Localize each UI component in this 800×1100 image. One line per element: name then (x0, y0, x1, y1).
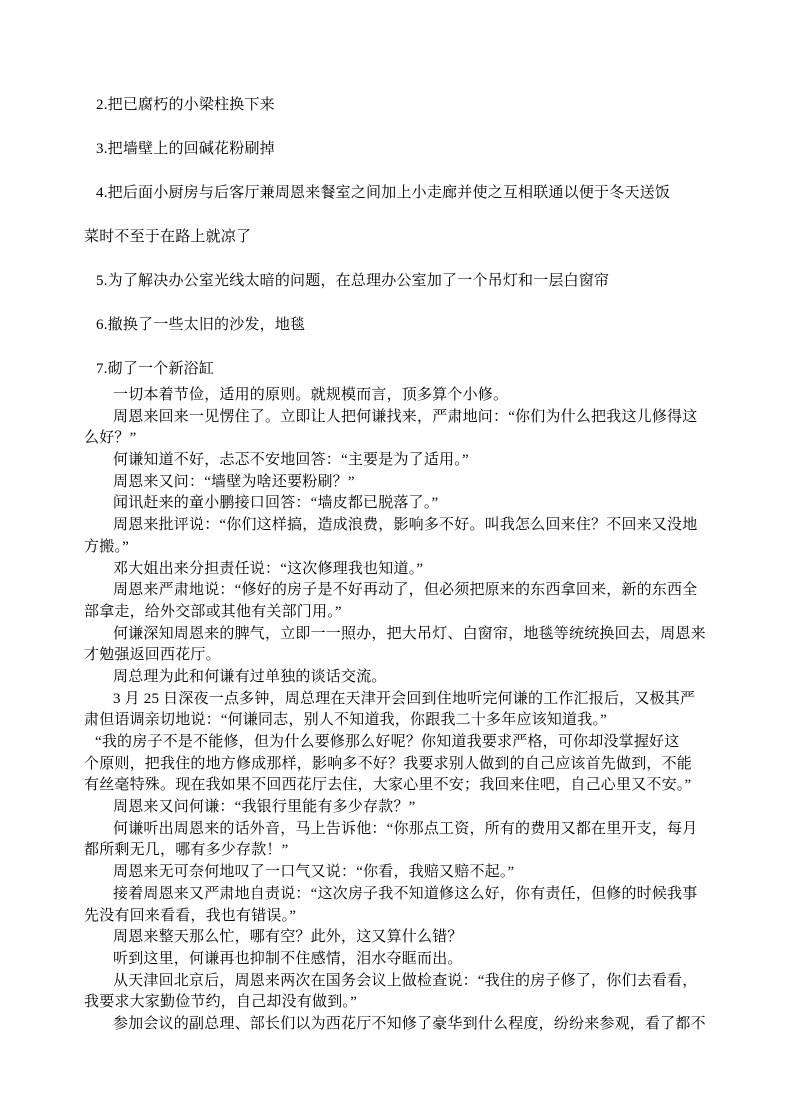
text-line: 5.为了解决办公室光线太暗的问题，在总理办公室加了一个吊灯和一层白窗帘 (84, 259, 744, 303)
text-line: 周恩来无可奈何地叹了一口气又说：“你看，我赔又赔不起。” (84, 862, 744, 884)
text-line: 我要求大家勤俭节约，自己却没有做到。” (84, 992, 744, 1014)
text-line: 周恩来又问：“墙壁为啥还要粉刷？” (84, 472, 744, 494)
text-column: 2.把已腐朽的小梁柱换下来3.把墙壁上的回碱花粉刷掉4.把后面小厨房与后客厅兼周… (84, 83, 744, 1036)
text-line: 参加会议的副总理、部长们以为西花厅不知修了豪华到什么程度，纷纷来参观，看了都不 (84, 1014, 744, 1036)
text-line: 都所剩无几，哪有多少存款！” (84, 840, 744, 862)
text-line: “我的房子不是不能修，但为什么要修那么好呢？你知道我要求严格，可你却没掌握好这 (84, 732, 744, 754)
renovation-list: 2.把已腐朽的小梁柱换下来3.把墙壁上的回碱花粉刷掉4.把后面小厨房与后客厅兼周… (84, 83, 744, 391)
text-line: 2.把已腐朽的小梁柱换下来 (84, 83, 744, 127)
text-line: 何谦听出周恩来的话外音，马上告诉他：“你那点工资，所有的费用又都在里开支，每月 (84, 819, 744, 841)
text-line: 3 月 25 日深夜一点多钟，周总理在天津开会回到住地听完何谦的工作汇报后，又极… (84, 689, 744, 711)
text-line: 方搬。” (84, 537, 744, 559)
text-line: 部拿走，给外交部或其他有关部门用。” (84, 602, 744, 624)
text-line: 菜时不至于在路上就凉了 (84, 215, 744, 259)
text-line: 周恩来回来一见愣住了。立即让人把何谦找来，严肃地问：“你们为什么把我这儿修得这 (84, 407, 744, 429)
text-line: 3.把墙壁上的回碱花粉刷掉 (84, 127, 744, 171)
text-line: 4.把后面小厨房与后客厅兼周恩来餐室之间加上小走廊并使之互相联通以便于冬天送饭 (84, 171, 744, 215)
text-line: 周恩来又问何谦：“我银行里能有多少存款？” (84, 797, 744, 819)
text-line: 有丝毫特殊。现在我如果不回西花厅去住，大家心里不安；我回来住吧，自己心里又不安。… (84, 775, 744, 797)
text-line: 周总理为此和何谦有过单独的谈话交流。 (84, 667, 744, 689)
text-line: 先没有回来看看，我也有错误。” (84, 906, 744, 928)
document-page: 2.把已腐朽的小梁柱换下来3.把墙壁上的回碱花粉刷掉4.把后面小厨房与后客厅兼周… (0, 0, 800, 1100)
text-line: 接着周恩来又严肃地自责说：“这次房子我不知道修这么好，你有责任，但修的时候我事 (84, 884, 744, 906)
text-line: 周恩来整天那么忙，哪有空？此外，这又算什么错？ (84, 927, 744, 949)
text-line: 肃但语调亲切地说：“何谦同志，别人不知道我，你跟我二十多年应该知道我。” (84, 710, 744, 732)
body-text: 一切本着节俭，适用的原则。就规模而言，顶多算个小修。周恩来回来一见愣住了。立即让… (84, 385, 744, 1036)
text-line: 邓大姐出来分担责任说：“这次修理我也知道。” (84, 559, 744, 581)
text-line: 6.撤换了一些太旧的沙发，地毯 (84, 303, 744, 347)
text-line: 一切本着节俭，适用的原则。就规模而言，顶多算个小修。 (84, 385, 744, 407)
text-line: 何谦深知周恩来的脾气，立即一一照办，把大吊灯、白窗帘，地毯等统统换回去，周恩来 (84, 624, 744, 646)
text-line: 何谦知道不好，忐忑不安地回答：“主要是为了适用。” (84, 450, 744, 472)
text-line: 才勉强返回西花厅。 (84, 645, 744, 667)
text-line: 听到这里，何谦再也抑制不住感情，泪水夺眶而出。 (84, 949, 744, 971)
text-line: 从天津回北京后，周恩来两次在国务会议上做检查说：“我住的房子修了，你们去看看， (84, 971, 744, 993)
text-line: 周恩来严肃地说：“修好的房子是不好再动了，但必须把原来的东西拿回来，新的东西全 (84, 580, 744, 602)
text-line: 个原则，把我住的地方修成那样，影响多不好？我要求别人做到的自己应该首先做到，不能 (84, 754, 744, 776)
text-line: 么好？” (84, 428, 744, 450)
text-line: 闻讯赶来的童小鹏接口回答：“墙皮都已脱落了。” (84, 493, 744, 515)
text-line: 周恩来批评说：“你们这样搞，造成浪费，影响多不好。叫我怎么回来住？不回来又没地 (84, 515, 744, 537)
